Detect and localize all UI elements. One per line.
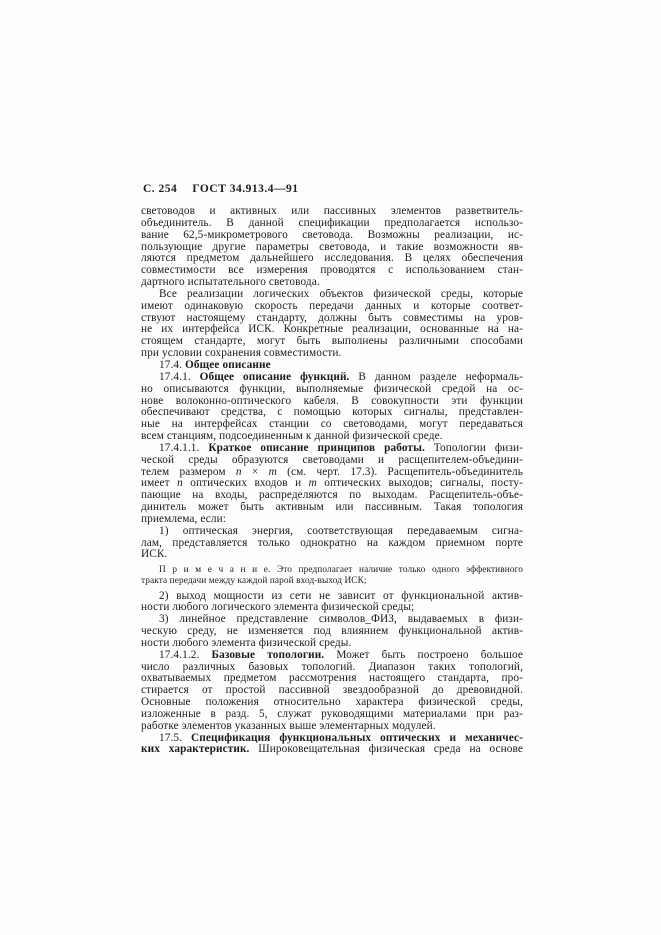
text-line: обеспечивают средства, с помощью которых… [141, 407, 523, 419]
text-line: нове волоконно-оптического кабеля. В сов… [141, 396, 523, 408]
text-line: 17.4.1.1. Краткое описание принципов раб… [141, 443, 523, 455]
text-line: вание 62,5-микрометрового световода. Воз… [141, 230, 523, 242]
text-line: всем станциям, подсоединенным к данной ф… [141, 431, 523, 443]
text-line: пользующие другие параметры световода, и… [141, 242, 523, 254]
text-line: ляются предметом дальнейшего исследовани… [141, 253, 523, 265]
text-line: Все реализации логических объектов физич… [141, 289, 523, 301]
text-line: стоящем стандарте, могут быть выполнены … [141, 336, 523, 348]
text-line: ких характеристик. Широковещательная физ… [141, 744, 523, 756]
text-line: ствуют настоящему стандарту, должны быть… [141, 313, 523, 325]
text-line: П р и м е ч а н и е. Это предполагает на… [141, 565, 523, 576]
standard-designation: ГОСТ 34.913.4—91 [192, 183, 298, 195]
text-line: объединитель. В данной спецификации пред… [141, 218, 523, 230]
text-line: совместимости все измерения проводятся с… [141, 265, 523, 277]
text-line: работке элементов указанных выше элемент… [141, 721, 523, 733]
text-line: при условии сохранения совместимости. [141, 348, 523, 360]
text-line: стирается от простой пассивной звездообр… [141, 685, 523, 697]
text-line: ности любого логического элемента физиче… [141, 602, 523, 614]
text-line: имеют одинаковую скорость передачи данны… [141, 301, 523, 313]
text-line: но описываются функции, выполняемые физи… [141, 384, 523, 396]
text-line: приемлема, если: [141, 514, 523, 526]
text-line: 17.5. Спецификация функциональных оптиче… [141, 733, 523, 745]
text-line: 17.4.1.2. Базовые топологии. Может быть … [141, 650, 523, 662]
text-line: тракта передачи между каждой парой вход-… [141, 576, 523, 587]
text-line: Основные положения относительно характер… [141, 697, 523, 709]
text-line: дартного испытательного световода. [141, 277, 523, 289]
text-line: ности любого элемента физической среды. [141, 638, 523, 650]
text-line: телем размером n × m (см. черт. 17.3). Р… [141, 467, 523, 479]
text-line: 17.4.1. Общее описание функций. В данном… [141, 372, 523, 384]
text-line: ческой среды образуются световодами и ра… [141, 455, 523, 467]
text-line: динитель может быть активным или пассивн… [141, 502, 523, 514]
text-line: лам, представляется только однократно на… [141, 538, 523, 550]
text-line: число различных базовых топологий. Диапа… [141, 662, 523, 674]
text-line: имеет n оптических входов и m оптических… [141, 478, 523, 490]
document-body: световодов и активных или пассивных элем… [141, 206, 523, 756]
text-line: охватываемых предметом рассмотрения наст… [141, 673, 523, 685]
text-line: ческую среду, не изменяется под влиянием… [141, 626, 523, 638]
text-line: 17.4. Общее описание [141, 360, 523, 372]
text-line: ные на интерфейсах станции со световодам… [141, 419, 523, 431]
text-line: ИСК. [141, 549, 523, 561]
text-line: 3) линейное представление символов_ФИЗ, … [141, 614, 523, 626]
text-line: не их интерфейса ИСК. Конкретные реализа… [141, 324, 523, 336]
scanned-document-page: С. 254ГОСТ 34.913.4—91 световодов и акти… [0, 0, 661, 935]
text-line: световодов и активных или пассивных элем… [141, 206, 523, 218]
text-line: изложенные в разд. 5, служат руководящим… [141, 709, 523, 721]
page-header: С. 254ГОСТ 34.913.4—91 [143, 183, 299, 195]
page-number-label: С. 254 [143, 183, 177, 195]
text-line: 2) выход мощности из сети не зависит от … [141, 591, 523, 603]
text-line: 1) оптическая энергия, соответствующая п… [141, 526, 523, 538]
text-line: пающие на входы, распределяются по выход… [141, 490, 523, 502]
